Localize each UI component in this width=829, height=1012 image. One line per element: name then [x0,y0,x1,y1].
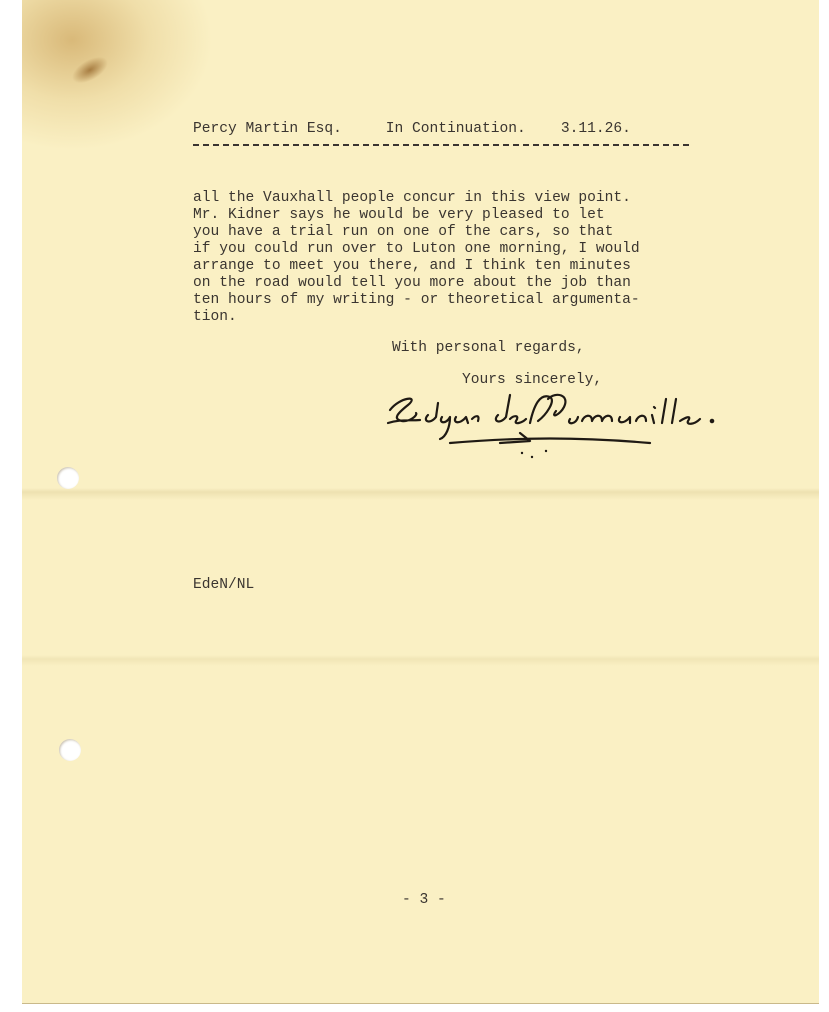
page-number: - 3 - [402,892,446,908]
body-line: arrange to meet you there, and I think t… [193,258,640,275]
punch-hole-bottom [59,739,81,761]
body-line: you have a trial run on one of the cars,… [193,224,640,241]
letter-page [22,0,819,1004]
continuation-label: In Continuation. [386,121,526,137]
body-line: all the Vauxhall people concur in this v… [193,190,640,207]
handwritten-signature: Edgar de Normanville. [380,385,730,465]
letter-body: all the Vauxhall people concur in this v… [193,190,640,326]
body-line: on the road would tell you more about th… [193,275,640,292]
recipient: Percy Martin Esq. [193,121,342,137]
body-line: if you could run over to Luton one morni… [193,241,640,258]
letter-header: Percy Martin Esq. In Continuation. 3.11.… [193,121,631,137]
stain-mark [68,51,113,88]
regards-line: With personal regards, [392,340,585,356]
body-line: tion. [193,309,640,326]
punch-hole-top [57,467,79,489]
header-divider [193,144,689,146]
letter-date: 3.11.26. [561,121,631,137]
body-line: ten hours of my writing - or theoretical… [193,292,640,309]
reference-initials: EdeN/NL [193,577,254,593]
body-line: Mr. Kidner says he would be very pleased… [193,207,640,224]
